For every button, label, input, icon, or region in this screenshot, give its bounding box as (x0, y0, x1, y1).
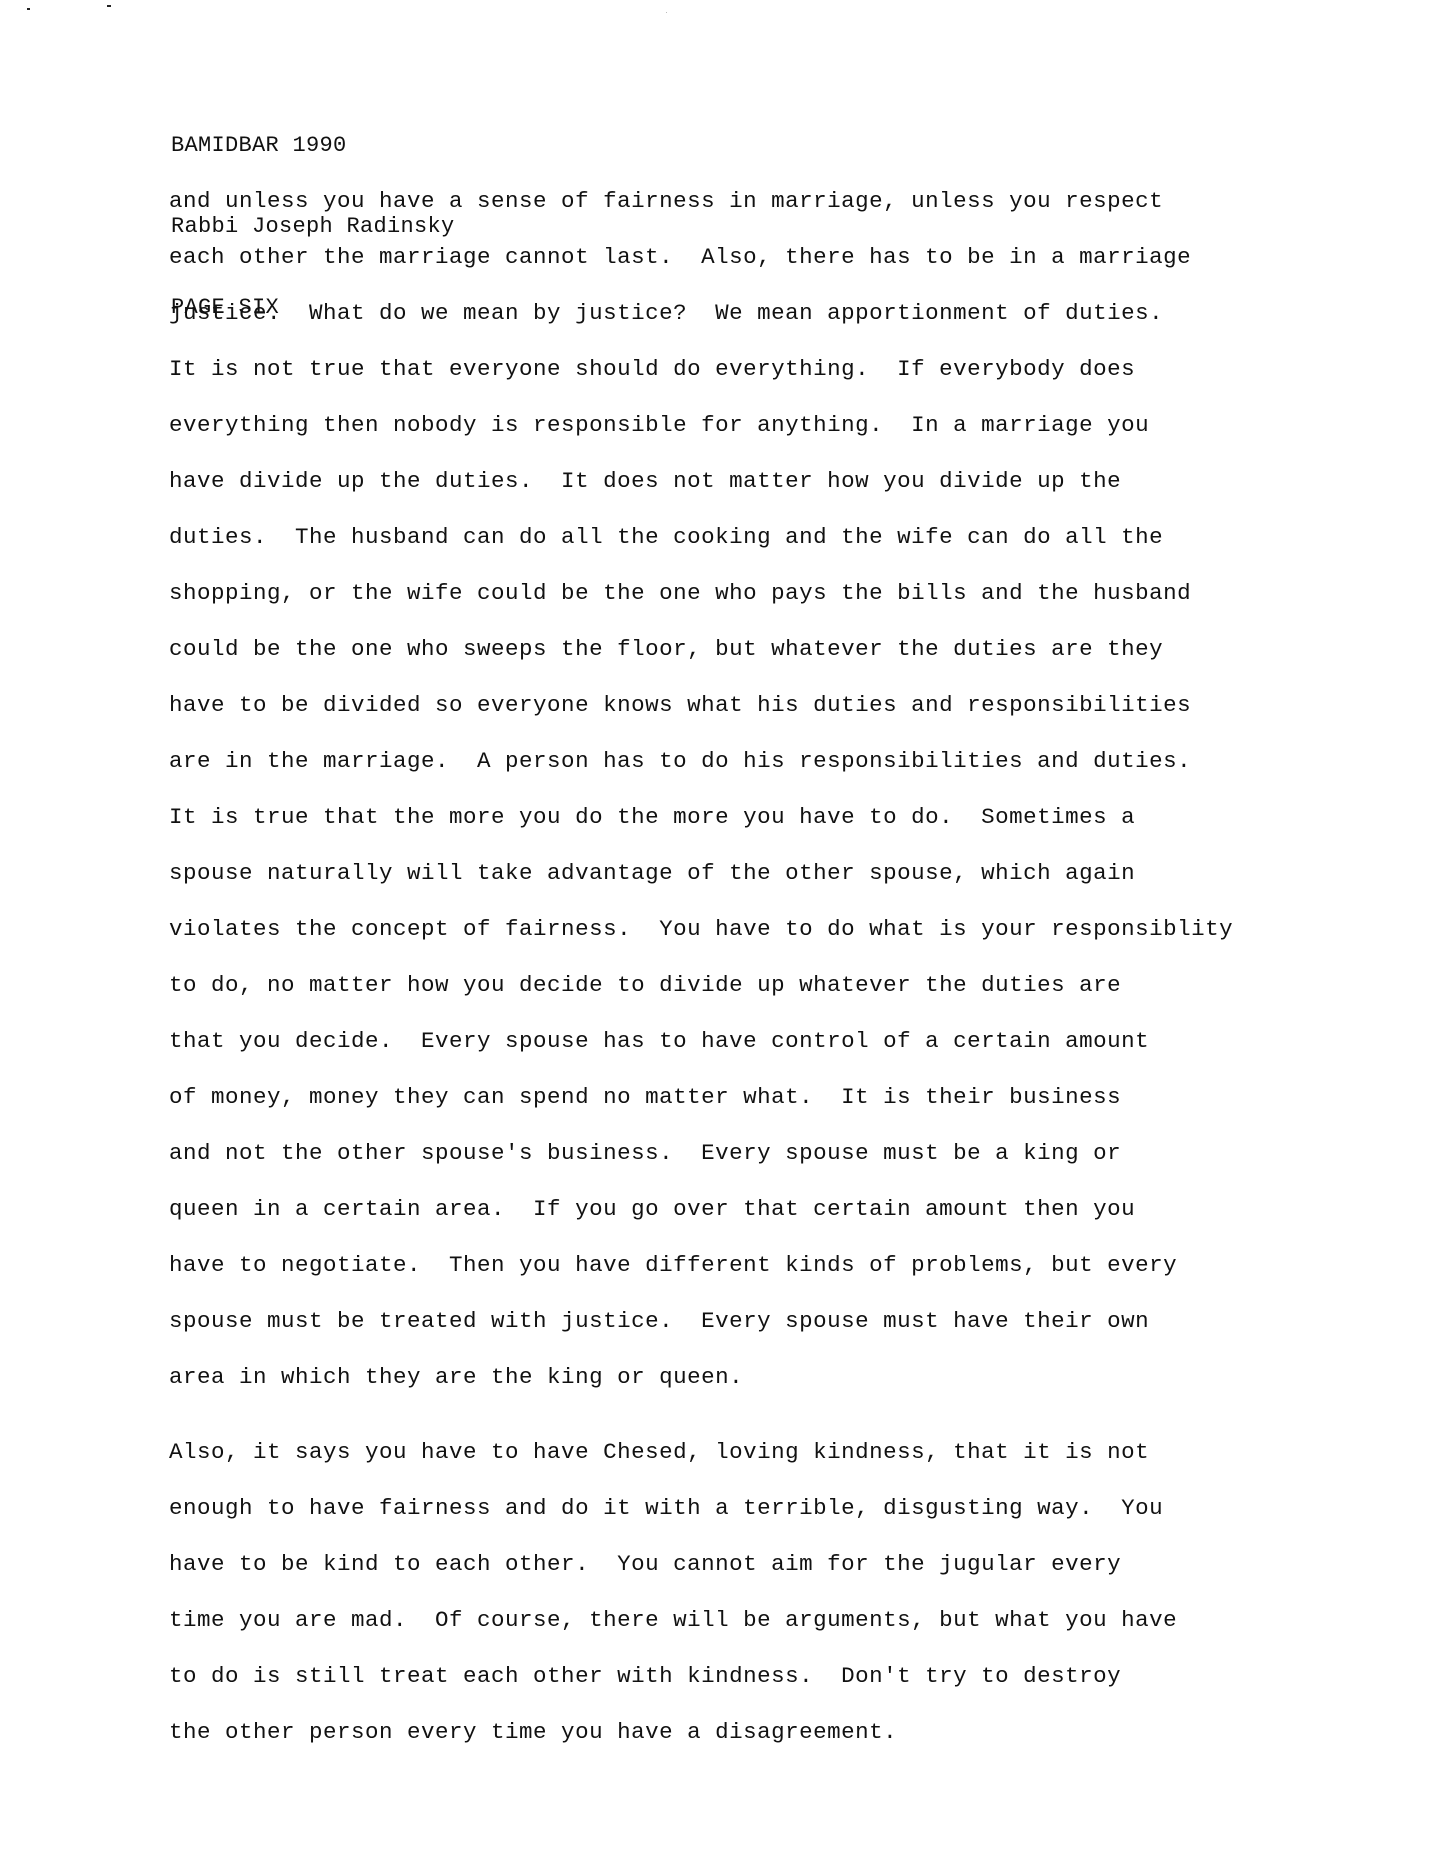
text-line: violates the concept of fairness. You ha… (169, 915, 1233, 971)
text-line: each other the marriage cannot last. Als… (169, 243, 1233, 299)
text-line: time you are mad. Of course, there will … (169, 1606, 1177, 1662)
scan-speck (27, 8, 30, 10)
text-line: shopping, or the wife could be the one w… (169, 579, 1233, 635)
text-line: could be the one who sweeps the floor, b… (169, 635, 1233, 691)
text-line: are in the marriage. A person has to do … (169, 747, 1233, 803)
text-line: everything then nobody is responsible fo… (169, 411, 1233, 467)
text-line: It is not true that everyone should do e… (169, 355, 1233, 411)
document-title: BAMIDBAR 1990 (171, 132, 455, 159)
text-line: and not the other spouse's business. Eve… (169, 1139, 1233, 1195)
text-line: Also, it says you have to have Chesed, l… (169, 1438, 1177, 1494)
paragraph-2: Also, it says you have to have Chesed, l… (169, 1438, 1177, 1774)
text-line: have to be kind to each other. You canno… (169, 1550, 1177, 1606)
text-line: It is true that the more you do the more… (169, 803, 1233, 859)
text-line: to do is still treat each other with kin… (169, 1662, 1177, 1718)
scan-speck (107, 5, 111, 7)
text-line: the other person every time you have a d… (169, 1718, 1177, 1774)
text-line: have to be divided so everyone knows wha… (169, 691, 1233, 747)
text-line: have divide up the duties. It does not m… (169, 467, 1233, 523)
text-line: justice. What do we mean by justice? We … (169, 299, 1233, 355)
text-line: spouse naturally will take advantage of … (169, 859, 1233, 915)
text-line: spouse must be treated with justice. Eve… (169, 1307, 1233, 1363)
text-line: queen in a certain area. If you go over … (169, 1195, 1233, 1251)
scan-speck (666, 12, 667, 13)
text-line: duties. The husband can do all the cooki… (169, 523, 1233, 579)
paragraph-1: and unless you have a sense of fairness … (169, 187, 1233, 1419)
text-line: area in which they are the king or queen… (169, 1363, 1233, 1419)
text-line: to do, no matter how you decide to divid… (169, 971, 1233, 1027)
text-line: that you decide. Every spouse has to hav… (169, 1027, 1233, 1083)
text-line: enough to have fairness and do it with a… (169, 1494, 1177, 1550)
text-line: have to negotiate. Then you have differe… (169, 1251, 1233, 1307)
text-line: and unless you have a sense of fairness … (169, 187, 1233, 243)
text-line: of money, money they can spend no matter… (169, 1083, 1233, 1139)
